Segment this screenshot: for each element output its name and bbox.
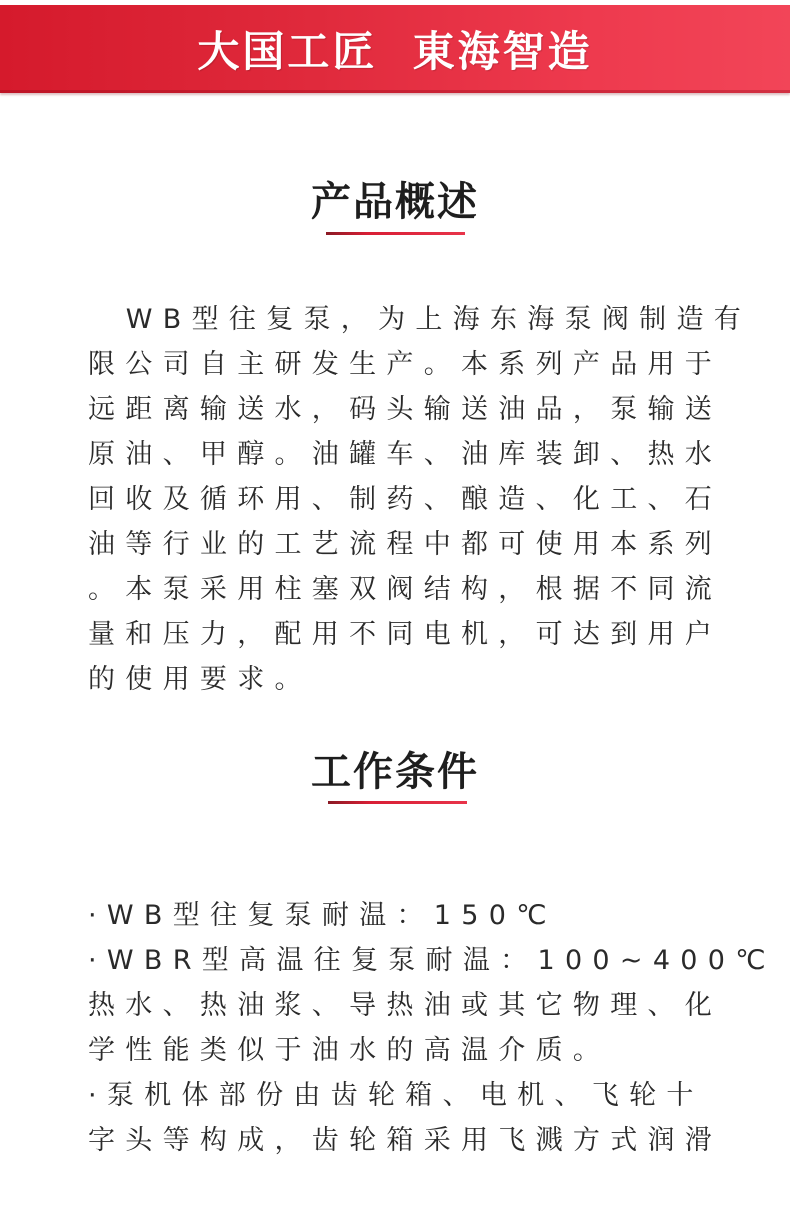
text-line: 油等行业的工艺流程中都可使用本系列 <box>88 522 718 567</box>
banner-title: 大国工匠 東海智造 <box>197 19 592 79</box>
condition-line: 字头等构成，齿轮箱采用飞溅方式润滑 <box>88 1118 718 1163</box>
product-overview-paragraph: WB型往复泵，为上海东海泵阀制造有 限公司自主研发生产。本系列产品用于 远距离输… <box>88 297 718 702</box>
text-line: 。本泵采用柱塞双阀结构，根据不同流 <box>88 567 718 612</box>
text-line: WB型往复泵，为上海东海泵阀制造有 <box>88 297 718 342</box>
header-banner: 大国工匠 東海智造 <box>0 5 790 93</box>
heading-underline <box>326 232 465 235</box>
condition-line: 热水、热油浆、导热油或其它物理、化 <box>88 983 718 1028</box>
condition-line: ·WB型往复泵耐温：150℃ <box>88 893 718 938</box>
text-line: 回收及循环用、制药、酿造、化工、石 <box>88 477 718 522</box>
condition-line: ·泵机体部份由齿轮箱、电机、飞轮十 <box>88 1073 718 1118</box>
text-line: 的使用要求。 <box>88 657 718 702</box>
text-line: 限公司自主研发生产。本系列产品用于 <box>88 342 718 387</box>
working-conditions-paragraph: ·WB型往复泵耐温：150℃ ·WBR型高温往复泵耐温：100~400℃ 热水、… <box>88 893 718 1163</box>
condition-line: ·WBR型高温往复泵耐温：100~400℃ <box>88 938 718 983</box>
heading-underline <box>328 801 467 804</box>
section-heading-product-overview: 产品概述 <box>0 170 790 227</box>
section-heading-working-conditions: 工作条件 <box>0 740 790 797</box>
text-line: 原油、甲醇。油罐车、油库装卸、热水 <box>88 432 718 477</box>
text-line: 量和压力，配用不同电机，可达到用户 <box>88 612 718 657</box>
text-line: 远距离输送水，码头输送油品，泵输送 <box>88 387 718 432</box>
condition-line: 学性能类似于油水的高温介质。 <box>88 1028 718 1073</box>
